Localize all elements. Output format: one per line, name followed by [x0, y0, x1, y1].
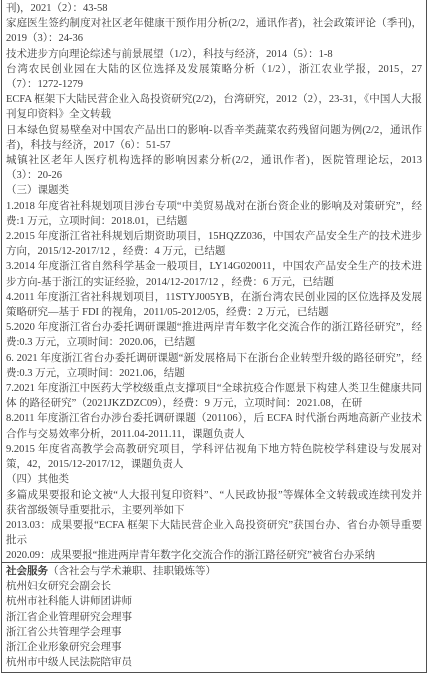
social-service-heading: 社会服务（含社会与学术兼职、挂职锻炼等） — [6, 564, 422, 579]
project-item: 7.2021 年度浙江中医药大学校级重点支撑项目“全球抗疫合作愿景下构建人类卫生… — [6, 381, 422, 411]
social-service-item: 浙江省企业管理研究会理事 — [6, 610, 422, 625]
publication-item: 刊)，2021（2）：43-58 — [6, 1, 422, 16]
publication-item: 技术进步方向理论综述与前景展望（1/2），科技与经济，2014（5）：1-8 — [6, 47, 422, 62]
publication-item: 家庭医生签约制度对社区老年健康干预作用分析(2/2，通讯作者)，社会政策评论（季… — [6, 16, 422, 46]
social-service-item: 杭州市社科能人讲师团讲师 — [6, 594, 422, 609]
project-item: 2.2015 年度浙江省社科规划后期资助项目，15HQZZ036，中国农产品安全… — [6, 229, 422, 259]
project-item: 9.2015 年度省高教学会高教研究项目，学科评估视角下地方特色院校学科建设与发… — [6, 442, 422, 472]
social-service-item: 杭州市中级人民法院陪审员 — [6, 655, 422, 670]
publication-item: 城镇社区老年人医疗机构选择的影响因素分析(2/2，通讯作者)，医院管理论坛，20… — [6, 153, 422, 183]
project-item: 3.2014 年度浙江省自然科学基金一般项目，LY14G020011，中国农产品… — [6, 259, 422, 289]
project-item: 4.2011 年度浙江省社科规划项目，11STYJ005YB，在浙台湾农民创业园… — [6, 290, 422, 320]
social-service-title: 社会服务 — [6, 566, 48, 577]
others-intro: 多篇成果要报和论文被“人大报刊复印资料”、“人民政协报”等媒体全文转载或连续刊发… — [6, 488, 422, 518]
document-table: 刊)，2021（2）：43-58 家庭医生签约制度对社区老年健康干预作用分析(2… — [1, 0, 427, 673]
project-item: 6. 2021 年度浙江省台办委托调研课题“新发展格局下在浙台企业转型升级的路径… — [6, 351, 422, 381]
social-service-item: 浙江省公共管理学会理事 — [6, 625, 422, 640]
section-heading-others: （四）其他类 — [6, 472, 422, 487]
project-item: 5.2020 年度浙江省台办委托调研课题“推进两岸青年数字化交流合作的浙江路径研… — [6, 320, 422, 350]
social-service-subtitle: （含社会与学术兼职、挂职锻炼等） — [48, 566, 216, 577]
project-item: 8.2011 年度浙江省台办涉台委托调研课题（201106），后 ECFA 时代… — [6, 411, 422, 441]
publication-item: ECFA 框架下大陆民营企业入岛投资研究(2/2)，台湾研究，2012（2），2… — [6, 92, 422, 122]
social-service-item: 浙江企业形象研究会理事 — [6, 640, 422, 655]
publication-item: 日本绿色贸易壁垒对中国农产品出口的影响-以香辛类蔬菜农药残留问题为例(2/2，通… — [6, 123, 422, 153]
section-heading-projects: （三）课题类 — [6, 183, 422, 198]
other-item: 2013.03：成果要报“ECFA 框架下大陆民营企业入岛投资研究”获国台办、省… — [6, 518, 422, 548]
social-service-cell: 社会服务（含社会与学术兼职、挂职锻炼等） 杭州妇女研究会副会长 杭州市社科能人讲… — [2, 562, 426, 672]
other-item: 2020.09：成果要报“推进两岸青年数字化交流合作的浙江路径研究”被省台办采纳 — [6, 548, 422, 562]
publication-item: 台湾农民创业园在大陆的区位选择及发展策略分析（1/2），浙江农业学报，2015，… — [6, 62, 422, 92]
achievements-cell: 刊)，2021（2）：43-58 家庭医生签约制度对社区老年健康干预作用分析(2… — [2, 0, 426, 562]
project-item: 1.2018 年度省社科规划项目涉台专项“中美贸易战对在浙台资企业的影响及对策研… — [6, 199, 422, 229]
document-page: 刊)，2021（2）：43-58 家庭医生签约制度对社区老年健康干预作用分析(2… — [0, 0, 435, 677]
social-service-item: 杭州妇女研究会副会长 — [6, 579, 422, 594]
